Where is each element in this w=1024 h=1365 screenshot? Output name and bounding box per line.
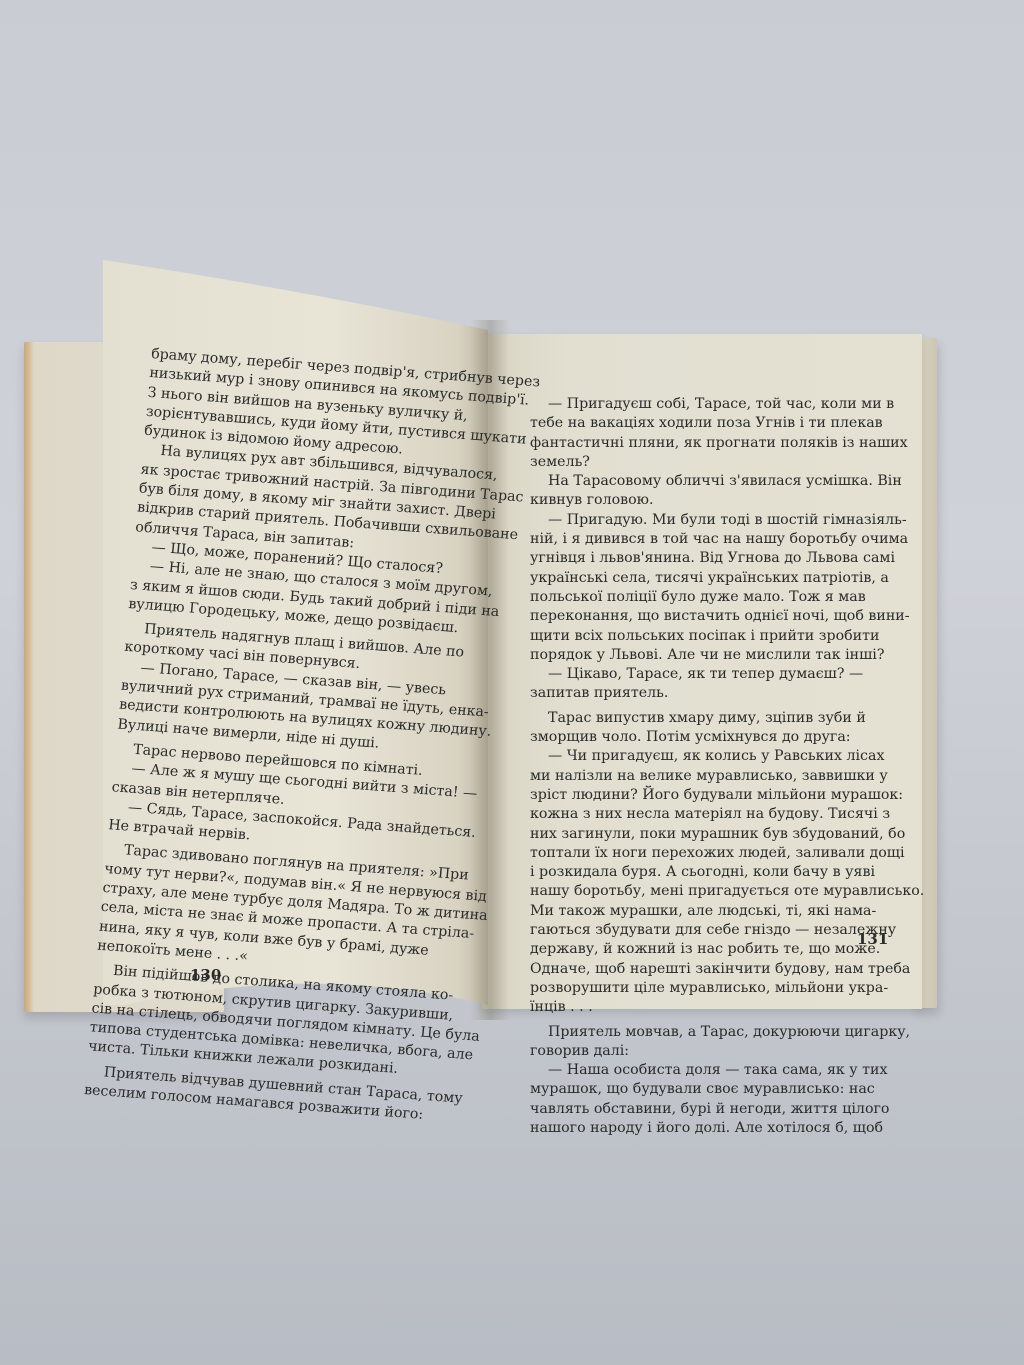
text-line: польської поліції було дуже мало. Тож я … <box>530 588 870 607</box>
text-line: запитав приятель. <box>530 684 870 703</box>
photo-scene: п л в д н 1: браму дому, перебіг через п… <box>0 0 1024 1365</box>
left-page-text: браму дому, перебіг через подвір'я, стри… <box>83 345 481 1124</box>
text-line: — Чи пригадуєш, як колись у Равських ліс… <box>530 747 870 766</box>
text-line: гаються збудувати для себе гніздо — неза… <box>530 921 870 940</box>
right-page-text: — Пригадуєш собі, Тарасе, той час, коли … <box>530 395 870 1138</box>
text-line: Тарас випустив хмару диму, зціпив зуби й <box>530 709 870 728</box>
text-line: ній, і я дивився в той час на нашу борот… <box>530 530 870 549</box>
text-line: українські села, тисячі українських патр… <box>530 569 870 588</box>
text-line: них загинули, поки мурашник був збудован… <box>530 825 870 844</box>
text-line: говорив далі: <box>530 1042 870 1061</box>
text-line: переконання, що вистачить однієї ночі, щ… <box>530 607 870 626</box>
text-line: — Пригадую. Ми були тоді в шостій гімназ… <box>530 511 870 530</box>
page-number-left: 130 <box>190 966 221 984</box>
text-line: державу, й кожний із нас робить те, що м… <box>530 940 870 959</box>
text-line: мурашок, що будували своє муравлисько: н… <box>530 1080 870 1099</box>
text-line: кожна з них несла матеріял на будову. Ти… <box>530 805 870 824</box>
text-line: порядок у Львові. Але чи не мислили так … <box>530 646 870 665</box>
text-line: чавлять обставини, бурі й негоди, життя … <box>530 1100 870 1119</box>
text-line: і розкидала буря. А сьогодні, коли бачу … <box>530 863 870 882</box>
text-line: Одначе, щоб нарешті закінчити будову, на… <box>530 960 870 979</box>
text-line: угнівця і львов'янина. Від Угнова до Льв… <box>530 549 870 568</box>
text-line: — Пригадуєш собі, Тарасе, той час, коли … <box>530 395 870 414</box>
text-line: Приятель мовчав, а Тарас, докурюючи цига… <box>530 1023 870 1042</box>
text-line: нашу боротьбу, мені пригадується оте мур… <box>530 882 870 901</box>
page-number-right: 131 <box>857 930 888 948</box>
text-line: щити всіх польських посіпак і прийти зро… <box>530 627 870 646</box>
text-line: фантастичні пляни, як прогнати поляків і… <box>530 434 870 453</box>
text-line: кивнув головою. <box>530 491 870 510</box>
text-line: На Тарасовому обличчі з'явилася усмішка.… <box>530 472 870 491</box>
text-line: — Наша особиста доля — така сама, як у т… <box>530 1061 870 1080</box>
text-line: ми налізли на велике муравлисько, заввиш… <box>530 767 870 786</box>
text-line: земель? <box>530 453 870 472</box>
text-line: розворушити ціле муравлисько, мільйони у… <box>530 979 870 998</box>
text-line: нашого народу і його долі. Але хотілося … <box>530 1119 870 1138</box>
text-line: зморщив чоло. Потім усміхнувся до друга: <box>530 728 870 747</box>
text-line: їнців . . . <box>530 998 870 1017</box>
text-line: Ми також мурашки, але людські, ті, які н… <box>530 902 870 921</box>
text-line: зріст людини? Його будували мільйони мур… <box>530 786 870 805</box>
text-line: топтали їх ноги перехожих людей, заливал… <box>530 844 870 863</box>
text-line: — Цікаво, Тарасе, як ти тепер думаєш? — <box>530 665 870 684</box>
text-line: тебе на вакаціях ходили поза Угнів і ти … <box>530 414 870 433</box>
